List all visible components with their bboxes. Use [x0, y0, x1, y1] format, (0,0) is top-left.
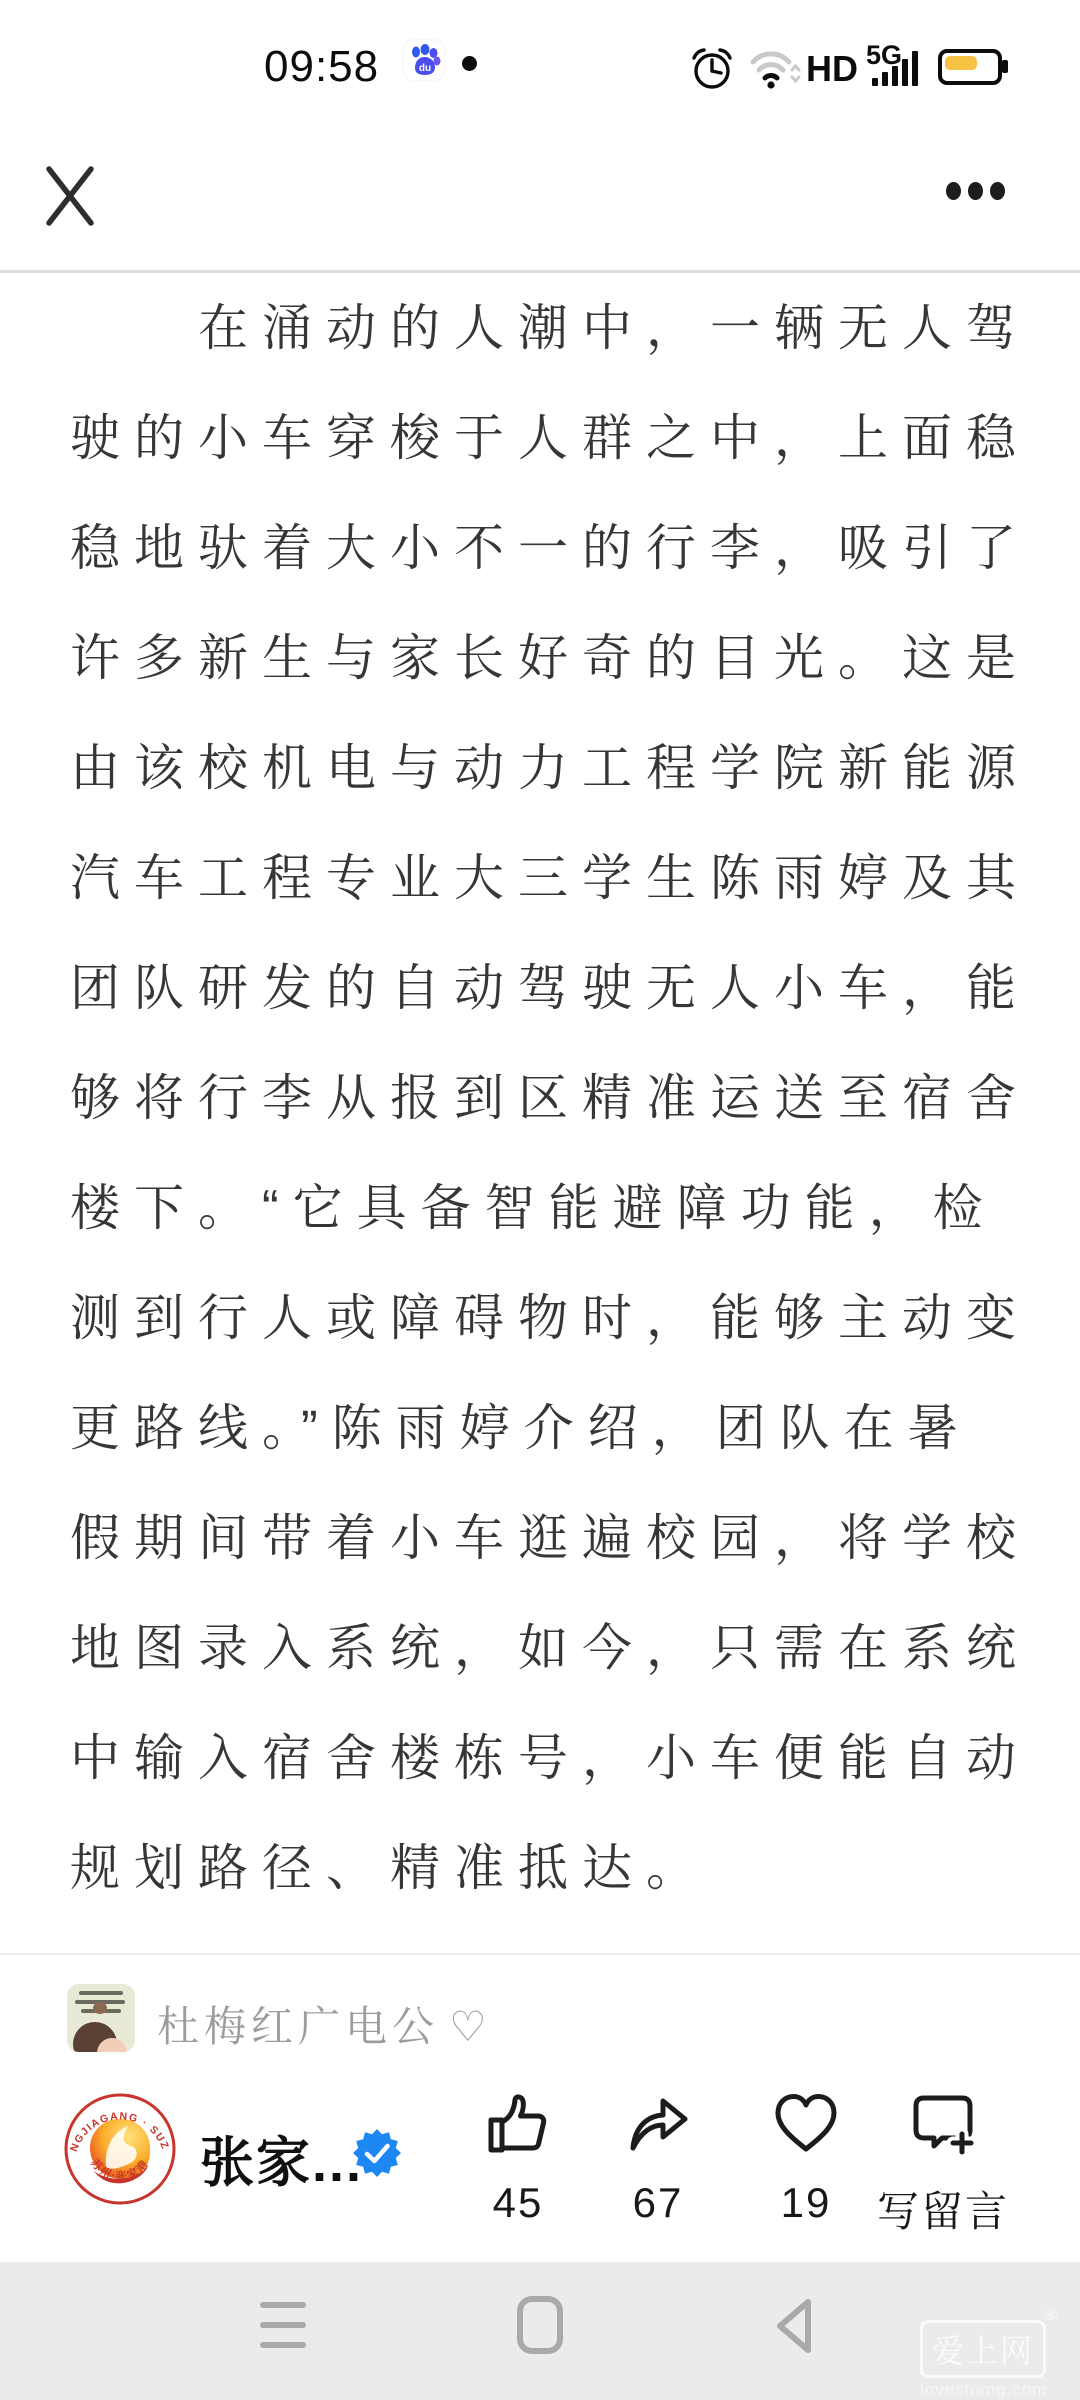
alarm-clock-icon [690, 46, 734, 92]
watermark-domain: loveshang.com [920, 2380, 1046, 2400]
phone-screen: 09:58 du [0, 0, 1080, 2400]
like-count: 45 [443, 2179, 593, 2227]
share-button[interactable]: 67 [583, 2086, 733, 2227]
write-comment-label: 写留言 [868, 2179, 1018, 2239]
account-logo[interactable]: ZHANGJIAGANG · SUZHOU 苏州·张家港 [64, 2093, 176, 2205]
status-bar: 09:58 du [0, 0, 1080, 110]
wifi-icon [746, 46, 802, 90]
article-line: 假期间带着小车逛遍校园，将学校 [0, 1483, 1080, 1593]
article-line: 许多新生与家长好奇的目光。这是 [0, 603, 1080, 713]
thumbs-up-icon [481, 2086, 555, 2160]
author-heart-icon: ♡ [449, 2003, 487, 2050]
share-arrow-icon [621, 2086, 695, 2160]
back-icon[interactable] [768, 2294, 820, 2358]
recents-menu-icon[interactable] [260, 2302, 306, 2362]
watermark-box: 爱上网 ® [920, 2320, 1046, 2378]
favorite-button[interactable]: 19 [731, 2086, 881, 2227]
article-line: 团队研发的自动驾驶无人小车，能 [0, 933, 1080, 1043]
article-line: 楼下。“它具备智能避障功能，检 [0, 1153, 1080, 1263]
baidu-app-icon: du [404, 40, 444, 80]
article-line: 稳地驮着大小不一的行李，吸引了 [0, 493, 1080, 603]
article-line: 由该校机电与动力工程学院新能源 [0, 713, 1080, 823]
article-line: 规划路径、精准抵达。 [0, 1813, 1080, 1923]
home-icon[interactable] [517, 2296, 563, 2354]
author-name[interactable]: 杜梅红广电公♡ [157, 1994, 487, 2054]
article-line: 汽车工程专业大三学生陈雨婷及其 [0, 823, 1080, 933]
author-name-text: 杜梅红广电公 [157, 2003, 439, 2050]
heart-icon [769, 2086, 843, 2160]
author-avatar[interactable] [67, 1984, 135, 2052]
verified-badge-icon [352, 2128, 402, 2178]
watermark-name: 爱上网 [932, 2333, 1034, 2369]
footer-bar: ZHANGJIAGANG · SUZHOU 苏州·张家港 张家... 45 [0, 2060, 1080, 2262]
account-logo-seal: ZHANGJIAGANG · SUZHOU 苏州·张家港 [64, 2093, 176, 2205]
article-line: 在涌动的人潮中，一辆无人驾 [0, 273, 1080, 383]
article-body: 在涌动的人潮中，一辆无人驾 驶的小车穿梭于人群之中，上面稳 稳地驮着大小不一的行… [0, 273, 1080, 1923]
article-line: 更路线。”陈雨婷介绍，团队在暑 [0, 1373, 1080, 1483]
battery-nub [1002, 60, 1008, 73]
article-header [0, 110, 1080, 270]
comment-plus-icon [906, 2086, 980, 2160]
hd-indicator: HD [806, 48, 858, 90]
article-line: 地图录入系统，如今，只需在系统 [0, 1593, 1080, 1703]
battery-icon [938, 49, 1002, 85]
registered-mark: ® [1045, 2307, 1057, 2325]
battery-fill [945, 56, 977, 70]
account-name[interactable]: 张家... [200, 2120, 363, 2197]
baidu-paw-icon: du [404, 40, 444, 80]
share-count: 67 [583, 2179, 733, 2227]
comment-button[interactable]: 写留言 [868, 2086, 1018, 2239]
watermark: 爱上网 ® loveshang.com [920, 2320, 1046, 2400]
system-nav-bar: 爱上网 ® loveshang.com [0, 2262, 1080, 2400]
author-divider [0, 1953, 1080, 1955]
signal-bars-icon [872, 51, 918, 86]
article-line: 测到行人或障碍物时，能够主动变 [0, 1263, 1080, 1373]
favorite-count: 19 [731, 2179, 881, 2227]
clock-time: 09:58 [264, 42, 379, 92]
notification-dot-icon [462, 56, 477, 71]
like-button[interactable]: 45 [443, 2086, 593, 2227]
article-line: 驶的小车穿梭于人群之中，上面稳 [0, 383, 1080, 493]
more-menu-icon[interactable] [946, 182, 1005, 200]
close-icon[interactable] [42, 164, 98, 228]
article-line: 够将行李从报到区精准运送至宿舍 [0, 1043, 1080, 1153]
cellular-signal-icon: 5G [866, 40, 930, 88]
article-line: 中输入宿舍楼栋号，小车便能自动 [0, 1703, 1080, 1813]
svg-text:du: du [419, 63, 431, 74]
